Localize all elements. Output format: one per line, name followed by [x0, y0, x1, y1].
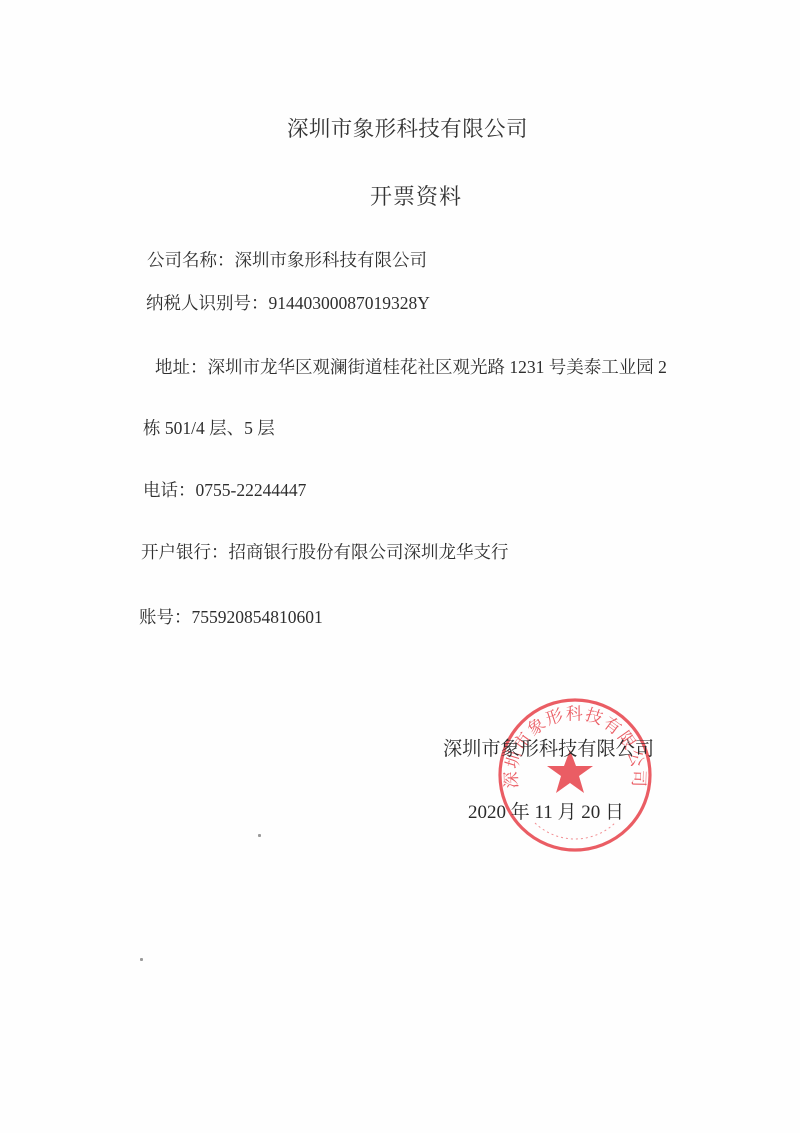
- scan-speck: [140, 958, 143, 961]
- document-page: 深圳市象形科技有限公司 开票资料 公司名称：深圳市象形科技有限公司 纳税人识别号…: [0, 0, 800, 1133]
- field-address-continued: 栋 501/4 层、5 层: [143, 420, 275, 438]
- field-label: 地址：: [155, 357, 208, 377]
- signature-company: 深圳市象形科技有限公司: [443, 739, 654, 758]
- field-label: 开户银行：: [141, 543, 229, 563]
- field-label: 电话：: [143, 480, 196, 500]
- document-subtitle: 开票资料: [370, 187, 462, 209]
- field-value: 0755-22244447: [196, 480, 307, 500]
- field-value: 深圳市龙华区观澜街道桂花社区观光路 1231 号美泰工业园 2: [208, 357, 667, 377]
- field-value: 深圳市象形科技有限公司: [235, 251, 428, 271]
- field-label: 公司名称：: [147, 251, 235, 271]
- field-label: 纳税人识别号：: [146, 294, 269, 314]
- company-seal-stamp: 深圳市象形科技有限公司: [495, 695, 655, 855]
- field-phone: 电话：0755-22244447: [143, 482, 306, 500]
- document-title: 深圳市象形科技有限公司: [287, 119, 528, 141]
- field-value: 755920854810601: [192, 607, 323, 627]
- field-account: 账号：755920854810601: [139, 609, 323, 628]
- field-bank: 开户银行：招商银行股份有限公司深圳龙华支行: [141, 545, 509, 563]
- field-company-name: 公司名称：深圳市象形科技有限公司: [147, 253, 427, 271]
- field-address: 地址：深圳市龙华区观澜街道桂花社区观光路 1231 号美泰工业园 2: [155, 359, 667, 377]
- field-label: 账号：: [139, 608, 192, 628]
- field-taxpayer-id: 纳税人识别号：91440300087019328Y: [146, 295, 430, 314]
- field-value: 91440300087019328Y: [269, 293, 430, 313]
- scan-speck: [258, 834, 261, 837]
- signature-date: 2020 年 11 月 20 日: [468, 803, 624, 822]
- field-value: 招商银行股份有限公司深圳龙华支行: [229, 543, 509, 563]
